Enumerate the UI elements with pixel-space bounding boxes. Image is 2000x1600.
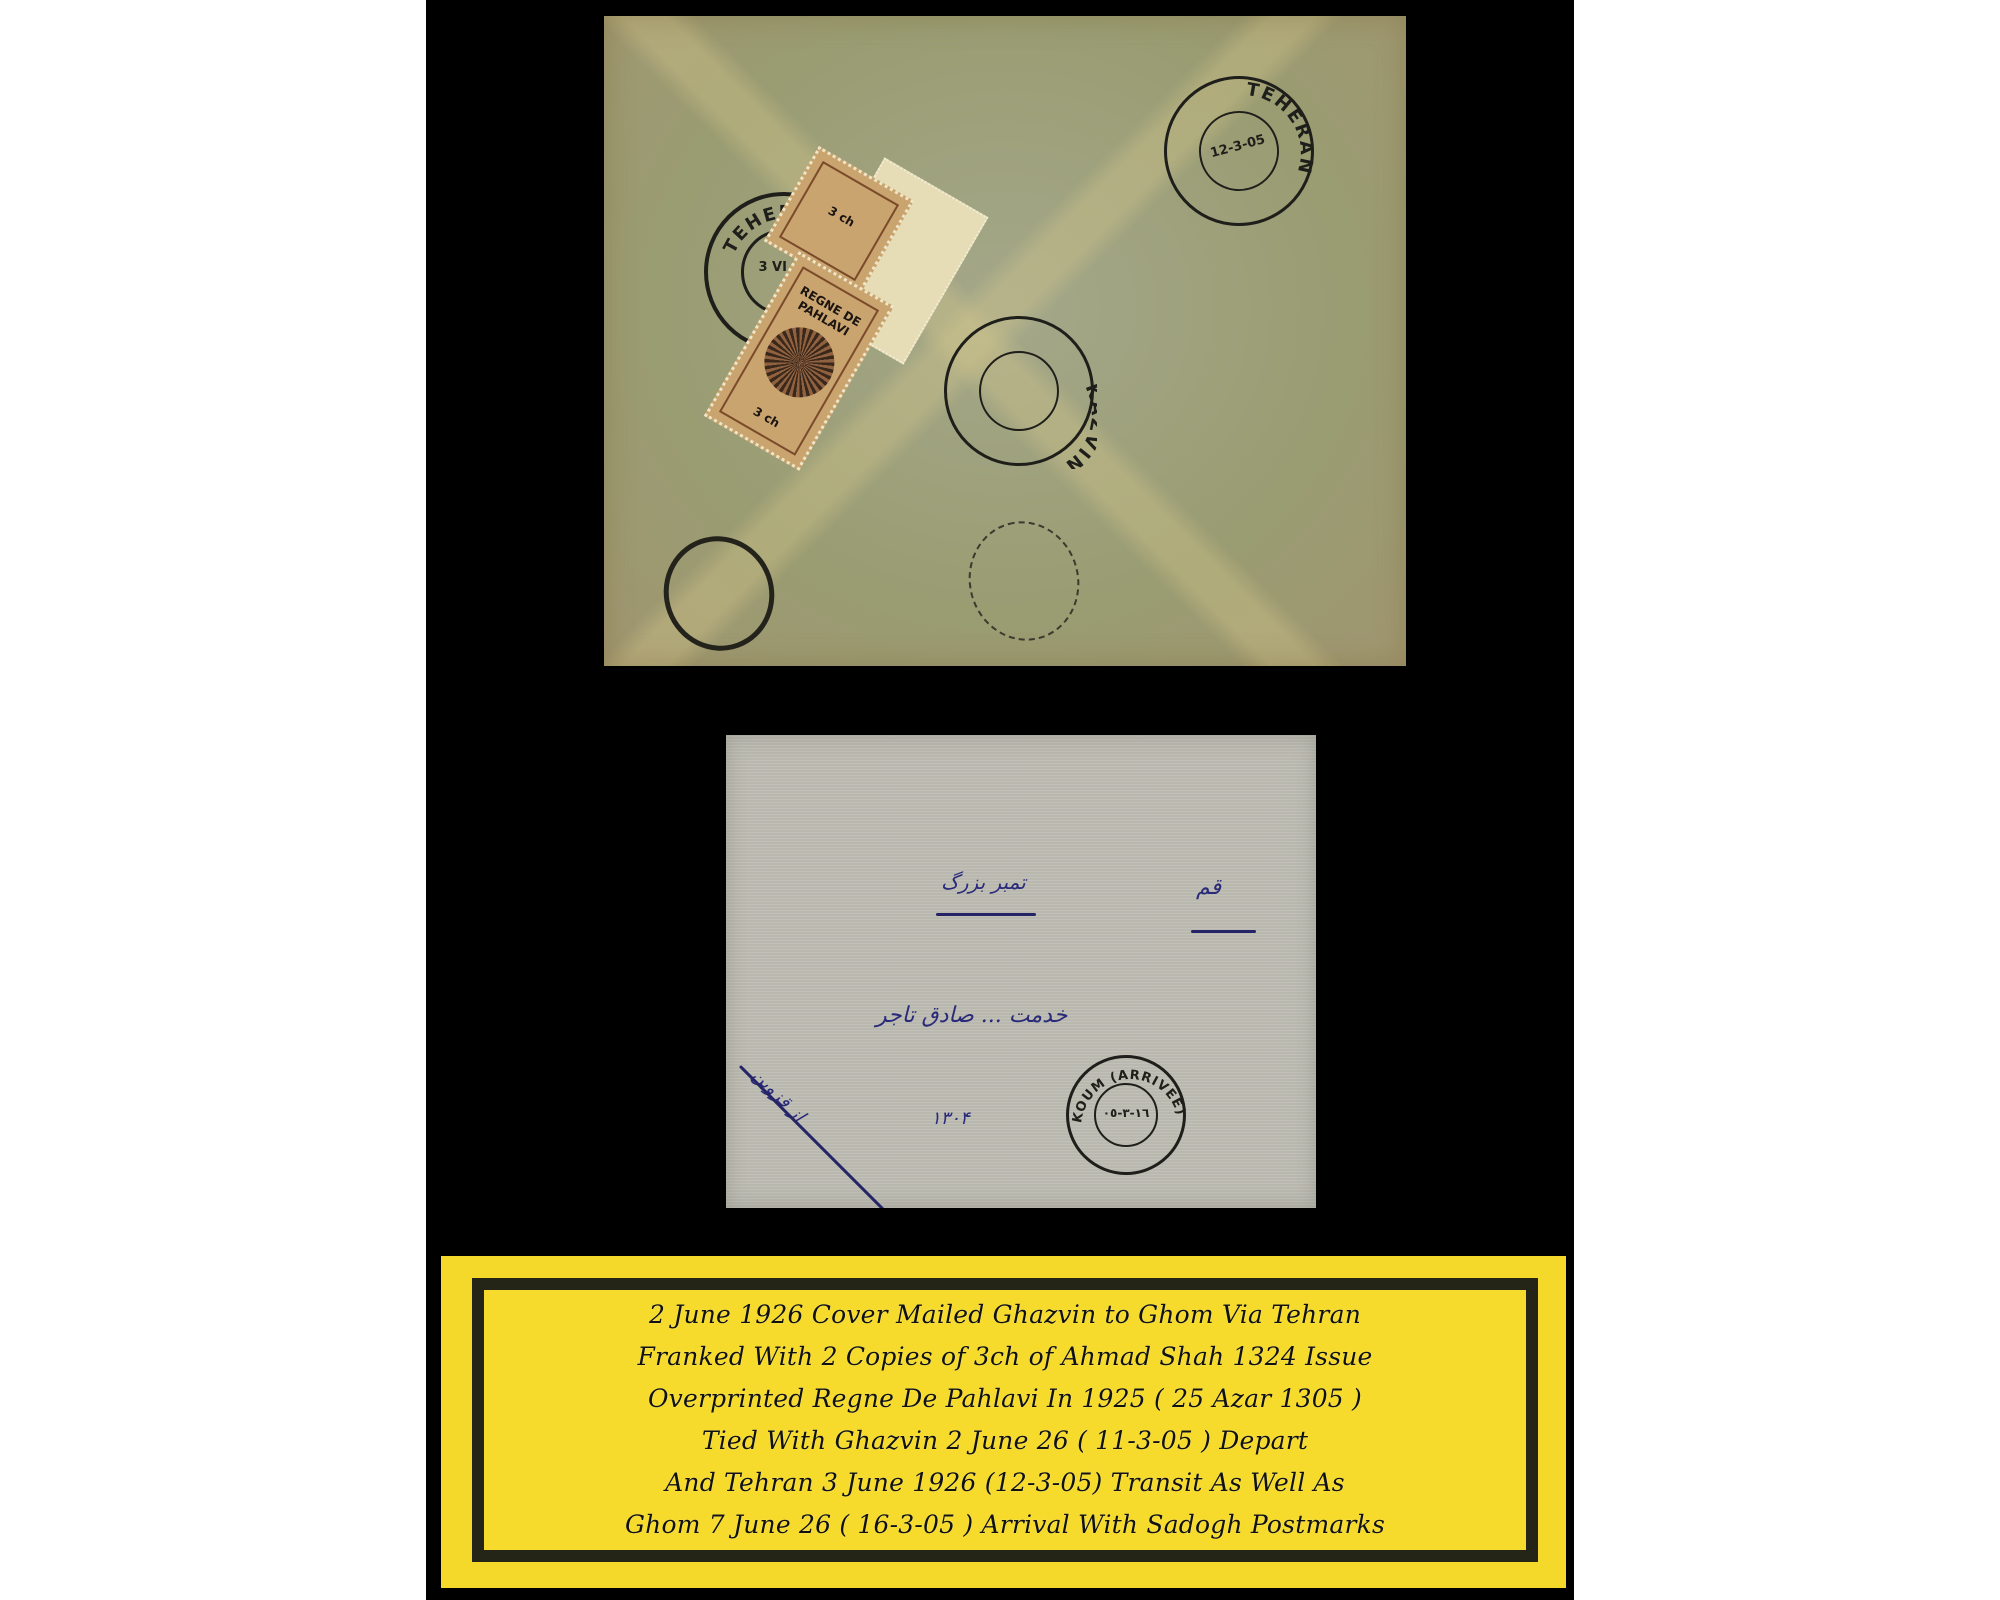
handwriting-address: خدمت ... صادق تاجر	[876, 1003, 1067, 1028]
seal-mark-sadogh	[648, 521, 791, 666]
caption-line: 2 June 1926 Cover Mailed Ghazvin to Ghom…	[649, 1294, 1361, 1336]
seal-mark-faint	[955, 509, 1092, 653]
postmark-date: ١٦-٣-٠٥	[1069, 1106, 1183, 1120]
postmark-kazvin: KAZVIN	[944, 316, 1094, 466]
handwriting-year: ۱۳۰۴	[931, 1108, 970, 1129]
handwriting-left-note: از قزوین	[748, 1065, 809, 1126]
postmark-teheran-transit: TEHERAN 12-3-05	[1147, 59, 1331, 243]
caption-line: Franked With 2 Copies of 3ch of Ahmad Sh…	[637, 1336, 1372, 1378]
caption-card: 2 June 1926 Cover Mailed Ghazvin to Ghom…	[441, 1256, 1566, 1588]
postmark-ring-text: KAZVIN	[947, 319, 1097, 469]
envelope-back: TEHERAN 10 3 VI 26 TEHERAN 12-3-05 KAZVI…	[604, 16, 1406, 666]
caption-line: Overprinted Regne De Pahlavi In 1925 ( 2…	[648, 1378, 1362, 1420]
caption-frame: 2 June 1926 Cover Mailed Ghazvin to Ghom…	[472, 1278, 1538, 1562]
svg-text:KAZVIN: KAZVIN	[1060, 381, 1097, 469]
caption-line: And Tehran 3 June 1926 (12-3-05) Transit…	[665, 1462, 1345, 1504]
caption-line: Ghom 7 June 26 ( 16-3-05 ) Arrival With …	[625, 1504, 1385, 1546]
handwriting-top-line: تمبر بزرگ	[941, 870, 1026, 894]
underline	[936, 913, 1036, 916]
cover-front: تمبر بزرگ قم خدمت ... صادق تاجر ۱۳۰۴ از …	[726, 735, 1316, 1208]
caption-line: Tied With Ghazvin 2 June 26 ( 11-3-05 ) …	[702, 1420, 1308, 1462]
handwriting-destination: قم	[1196, 875, 1221, 900]
postmark-koum-arrival: KOUM (ARRIVEE) ١٦-٣-٠٥	[1066, 1055, 1186, 1175]
underline	[1191, 930, 1256, 933]
